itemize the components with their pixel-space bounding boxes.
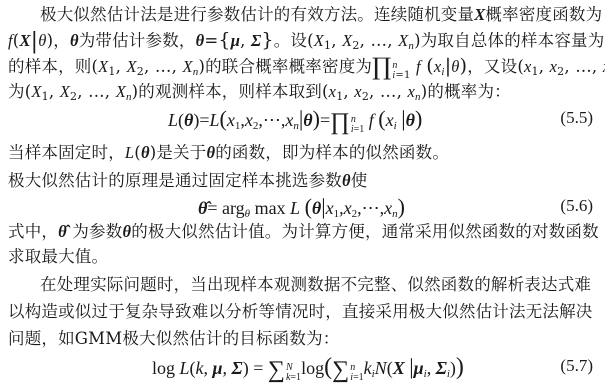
text: 的极大似然估计值。为计算方便，通常采用似然函数的对数函数 — [131, 222, 599, 241]
text: 极大似然估计法是进行参数估计的有效方法。连续随机变量 — [40, 5, 474, 24]
equation-5-6: θ̂= argθ max L (θ|x1,x2,⋯,xn) (5.6) — [0, 194, 605, 220]
text: 的函数，即为样本的似然函数。 — [215, 143, 449, 162]
text: )的观测样本，则样本取到( — [132, 82, 329, 101]
paragraph-5-line-3: 问题，如GMM极大似然估计的目标函数为： — [8, 329, 597, 349]
text: 。设( — [274, 31, 314, 50]
text: 为参数 — [72, 222, 122, 241]
equation-number: (5.7) — [560, 356, 593, 376]
text: 的样本，则( — [8, 57, 98, 76]
text: 是关于 — [156, 143, 206, 162]
equation-number: (5.5) — [560, 108, 593, 128]
paragraph-1-line-2: f(X|θ)，θ为带估计参数，θ={μ, Σ}。设(X1, X2, …, Xn)… — [8, 30, 597, 56]
paragraph-5-line-2: 以构造或似过于复杂导致难以分析等情况时，直接采用极大似然估计法无法解决 — [8, 302, 597, 322]
paragraph-2: 当样本固定时，L(θ)是关于θ的函数，即为样本的似然函数。 — [8, 143, 597, 163]
text: )的概率为： — [421, 82, 511, 101]
paragraph-5-line-1: 在处理实际问题时，当出现样本观测数据不完整、似然函数的解析表达式难 — [40, 275, 597, 295]
text: 概率密度函数为 — [485, 5, 602, 24]
paragraph-3: 极大似然估计的原理是通过固定样本挑选参数θ使 — [8, 171, 597, 191]
paragraph-1-line-4: 为(X1, X2, …, Xn)的观测样本，则样本取到(x1, x2, …, x… — [8, 82, 597, 107]
var-x: X — [474, 5, 485, 24]
text: )的联合概率概率密度为 — [198, 57, 372, 76]
text: 为带估计参数， — [79, 31, 196, 50]
equation-5-7: log L(k, μ, Σ) = ∑Nk=1log(∑ni=1kiN(X |μi… — [0, 354, 605, 380]
equation-number: (5.6) — [560, 196, 593, 216]
text: 式中， — [8, 222, 58, 241]
equation-body: L(θ)=L(x1,x2,⋯,xn|θ)=∏ni=1 f (xi |θ) — [168, 106, 422, 136]
equation-body: θ̂= argθ max L (θ|x1,x2,⋯,xn) — [198, 194, 405, 220]
equation-5-5: L(θ)=L(x1,x2,⋯,xn|θ)=∏ni=1 f (xi |θ) (5.… — [0, 106, 605, 132]
text: 使 — [351, 171, 368, 190]
paragraph-1-line-3: 的样本，则(X1, X2, …, Xn)的联合概率概率密度为∏ni=1 f (x… — [8, 56, 597, 82]
text: )为取自总体的样本容量为 — [414, 31, 604, 50]
text: 当样本固定时， — [8, 143, 125, 162]
text: 极大似然估计的原理是通过固定样本挑选参数 — [8, 171, 342, 190]
equation-body: log L(k, μ, Σ) = ∑Nk=1log(∑ni=1kiN(X |μi… — [152, 354, 464, 384]
text: ，又设( — [467, 57, 524, 76]
paragraph-4-line-2: 求取最大值。 — [8, 247, 597, 267]
text: 为( — [8, 82, 31, 101]
paragraph-4-line-1: 式中，θ̂ 为参数θ的极大似然估计值。为计算方便，通常采用似然函数的对数函数 — [8, 222, 597, 242]
paragraph-1-line-1: 极大似然估计法是进行参数估计的有效方法。连续随机变量X概率密度函数为 — [40, 5, 597, 25]
